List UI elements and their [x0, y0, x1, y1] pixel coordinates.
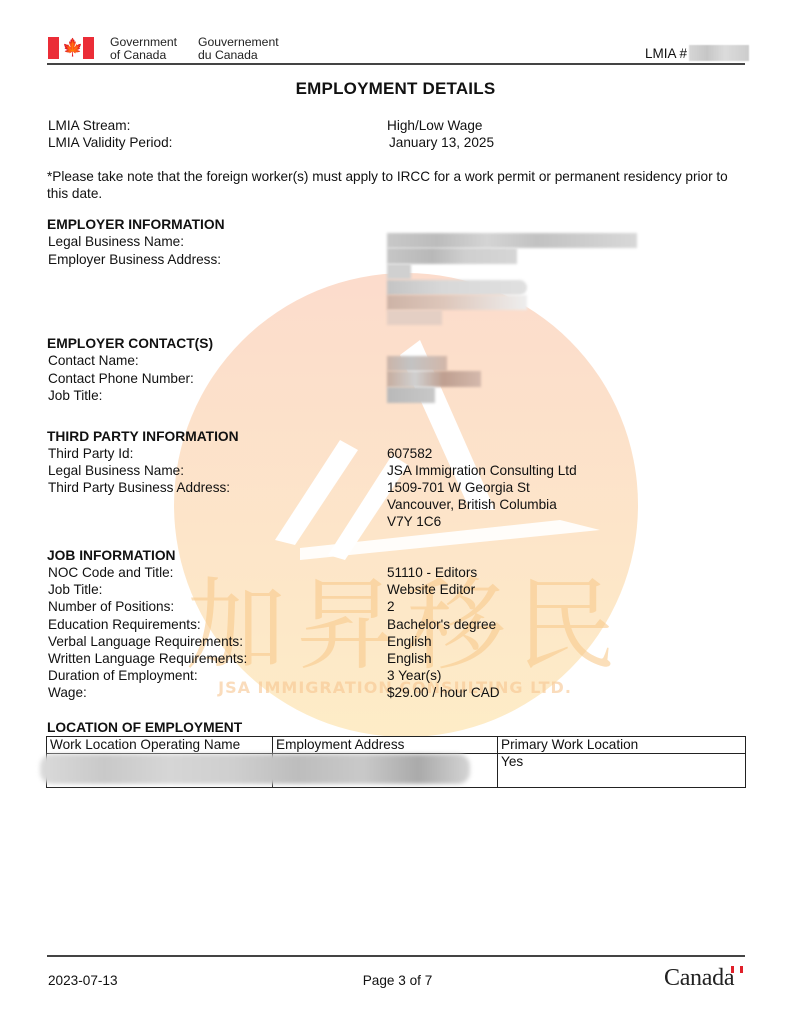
lmia-stream-value: High/Low Wage	[387, 117, 482, 134]
employer-legal-name-label: Legal Business Name:	[48, 233, 184, 250]
job-info-label: Number of Positions:	[48, 598, 174, 615]
job-info-label: Duration of Employment:	[48, 667, 198, 684]
third-party-legal-name-label: Legal Business Name:	[48, 462, 184, 479]
col-primary-work-location: Primary Work Location	[498, 737, 746, 754]
employer-address-label: Employer Business Address:	[48, 251, 221, 268]
third-party-address-label: Third Party Business Address:	[48, 479, 230, 496]
gov-en-line2: of Canada	[110, 49, 177, 62]
third-party-address-line2: Vancouver, British Columbia	[387, 496, 557, 513]
col-employment-address: Employment Address	[273, 737, 498, 754]
lmia-stream-label: LMIA Stream:	[48, 117, 130, 134]
job-info-value: 3 Year(s)	[387, 667, 441, 684]
gov-fr-line1: Gouvernement	[198, 36, 279, 49]
page-title: EMPLOYMENT DETAILS	[0, 79, 791, 99]
job-info-label: Verbal Language Requirements:	[48, 633, 243, 650]
job-info-value: English	[387, 633, 432, 650]
redacted-location-row	[40, 754, 470, 784]
job-info-value: English	[387, 650, 432, 667]
wordmark-flag-icon	[731, 966, 743, 973]
employer-information-heading: EMPLOYER INFORMATION	[47, 216, 225, 233]
redacted-lmia-number	[689, 45, 749, 61]
header-rule	[47, 63, 745, 65]
canada-wordmark: Canada	[664, 965, 734, 992]
gov-en-line1: Government	[110, 36, 177, 49]
third-party-address-line1: 1509-701 W Georgia St	[387, 479, 530, 496]
footer-rule	[47, 955, 745, 957]
employer-contacts-heading: EMPLOYER CONTACT(S)	[47, 335, 213, 352]
contact-job-title-label: Job Title:	[48, 387, 102, 404]
third-party-heading: THIRD PARTY INFORMATION	[47, 428, 239, 445]
job-info-value: Website Editor	[387, 581, 475, 598]
gov-fr-line2: du Canada	[198, 49, 279, 62]
table-header-row: Work Location Operating Name Employment …	[47, 737, 746, 754]
location-heading: LOCATION OF EMPLOYMENT	[47, 719, 242, 736]
job-info-value: 51110 - Editors	[387, 564, 477, 581]
cell-primary: Yes	[498, 754, 746, 788]
third-party-id-label: Third Party Id:	[48, 445, 133, 462]
gouvernement-du-canada-signature: Gouvernement du Canada	[198, 36, 279, 61]
job-info-label: NOC Code and Title:	[48, 564, 173, 581]
lmia-validity-label: LMIA Validity Period:	[48, 134, 172, 151]
contact-name-label: Contact Name:	[48, 352, 139, 369]
irCC-note: *Please take note that the foreign worke…	[47, 168, 752, 202]
lmia-validity-value: January 13, 2025	[389, 134, 494, 151]
lmia-reference: LMIA #	[645, 45, 749, 61]
canada-flag-icon: 🍁	[48, 37, 94, 59]
lmia-ref-label: LMIA #	[645, 46, 687, 61]
job-info-value: $29.00 / hour CAD	[387, 684, 500, 701]
job-info-label: Wage:	[48, 684, 87, 701]
job-info-value: 2	[387, 598, 395, 615]
contact-phone-label: Contact Phone Number:	[48, 370, 194, 387]
government-of-canada-signature: Government of Canada	[110, 36, 177, 61]
col-operating-name: Work Location Operating Name	[47, 737, 273, 754]
job-info-label: Job Title:	[48, 581, 102, 598]
job-information-heading: JOB INFORMATION	[47, 547, 176, 564]
third-party-legal-name-value: JSA Immigration Consulting Ltd	[387, 462, 577, 479]
job-info-label: Written Language Requirements:	[48, 650, 247, 667]
job-info-value: Bachelor's degree	[387, 616, 496, 633]
job-info-label: Education Requirements:	[48, 616, 201, 633]
third-party-id-value: 607582	[387, 445, 432, 462]
third-party-address-line3: V7Y 1C6	[387, 513, 441, 530]
